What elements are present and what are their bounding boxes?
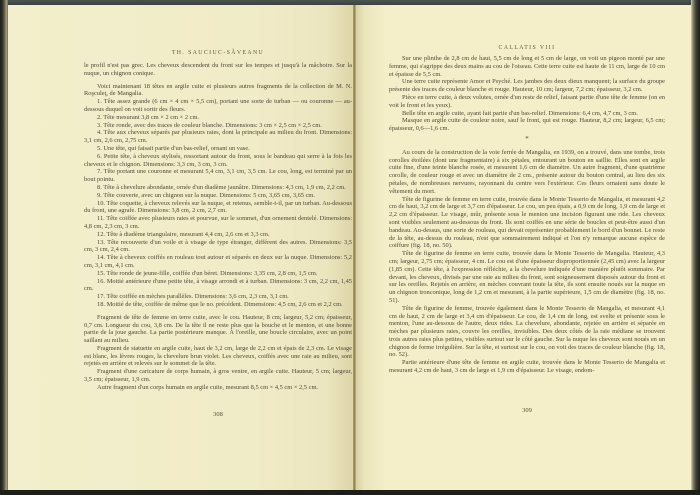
paragraph: Fragment de tête de femme en terre cuite… [84,314,352,345]
book-right-edge [691,0,700,495]
paragraph: 16. Moitié antérieure d'une petite tête,… [84,278,352,294]
paragraph: Tête de figurine de femme en terre cuite… [389,196,665,251]
paragraph: 3. Tête ronde, avec des traces de couleu… [84,122,352,130]
paragraph: 13. Tête recouverte d'un voile et à visa… [84,239,352,255]
paragraph: 14. Tête à cheveux coiffés en rouleau to… [84,254,352,270]
paragraph: 10. Tête coquette, à cheveux relevés sur… [84,200,352,216]
paragraph: Pièce en terre cuite, à deux volutes, or… [389,94,665,110]
paragraph: Au cours de la construction de la voie f… [389,149,665,196]
paragraph: le profil n'est pas grec. Les cheveux de… [84,62,352,78]
running-header-left: TH. SAUCIUC-SĂVEANU [84,50,352,56]
paragraph: 4. Tête aux cheveux séparés par plusieur… [84,129,352,145]
section-separator: * [389,136,665,144]
paragraph: 12. Tête à diadème triangulaire, mesuran… [84,231,352,239]
paragraph: Masque en argile cuite de couleur noire,… [389,117,665,133]
paragraph: Autre fragment d'un corps humain en argi… [84,384,352,392]
page-number-left: 308 [84,411,352,418]
book-top-edge [0,0,700,5]
paragraph: Sur une plinthe de 2,8 cm de haut, 5,5 c… [389,55,665,78]
paragraph: Voici maintenant 18 têtes en argile cuit… [84,83,352,99]
paragraph: 15. Tête ronde de jeune-fille, coiffée d… [84,270,352,278]
paragraph: 8. Tête à chevelure abondante, ornée d'u… [84,184,352,192]
paragraph: Une terre cuite représente Amor et Psych… [389,78,665,94]
paragraph: Fragment d'une caricature de corps humai… [84,368,352,384]
paragraph: 17. Tête coiffée en mèches parallèles. D… [84,293,352,301]
paragraph: Partie antérieure d'une tête de femme en… [389,359,665,375]
paragraph: 7. Tête portant une couronne et mesurant… [84,168,352,184]
book-gutter [353,5,356,490]
book-spread-photo: TH. SAUCIUC-SĂVEANU CALLATIS VIII le pro… [0,0,700,495]
paragraph: 2. Tête mesurant 3,8 cm × 2 cm × 2 cm. [84,114,352,122]
book-bottom-edge [0,490,700,495]
right-page-text: Sur une plinthe de 2,8 cm de haut, 5,5 c… [389,55,665,375]
running-header-right: CALLATIS VIII [389,45,665,51]
paragraph: Fragment de statuette en argile cuite, h… [84,345,352,368]
paragraph: Belle tête en argile cuite, ayant fait p… [389,110,665,118]
paragraph: Tête de figurine de femme en terre cuite… [389,250,665,305]
paragraph: 6. Petite tête, à cheveux stylisés, ress… [84,153,352,169]
paragraph: Tête de figurine de femme, trouvée égale… [389,305,665,360]
book-left-edge [0,0,8,495]
left-page-text: le profil n'est pas grec. Les cheveux de… [84,62,352,392]
page-number-right: 309 [389,407,665,414]
paragraph: 11. Tête coiffée avec plusieurs raies et… [84,215,352,231]
paragraph: 5. Une tête, qui faisait partie d'un bas… [84,145,352,153]
paragraph: 18. Moitié de tête, coiffée de même que … [84,301,352,309]
paragraph: 9. Tête couverte, avec un chignon sur la… [84,192,352,200]
paragraph: 1. Tête assez grande (6 cm × 4 cm × 5,5 … [84,98,352,114]
